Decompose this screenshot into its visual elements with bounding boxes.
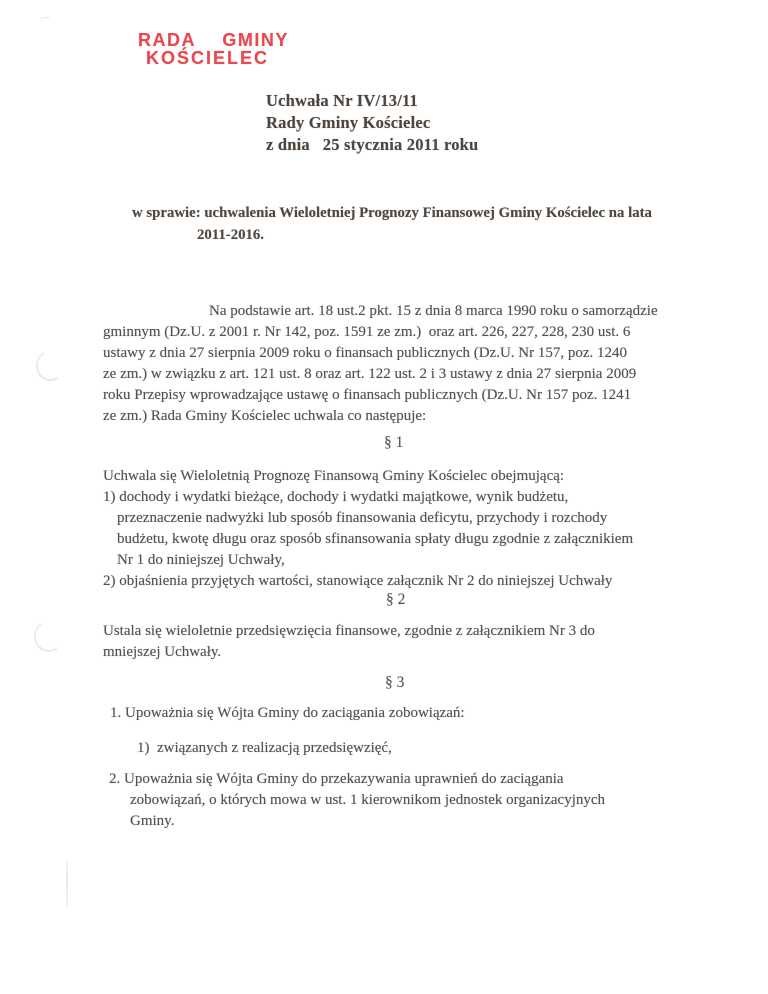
document-title: Uchwała Nr IV/13/11 Rady Gminy Kościelec… bbox=[266, 90, 478, 156]
section-3-item-2: 2. Upoważnia się Wójta Gminy do przekazy… bbox=[109, 769, 679, 832]
scanned-document-page: RADA GMINY KOŚCIELEC Uchwała Nr IV/13/11… bbox=[0, 0, 768, 994]
subject-clause: w sprawie: uchwalenia Wieloletniej Progn… bbox=[132, 203, 652, 246]
legal-basis-line: ze zm.) Rada Gminy Kościelec uchwala co … bbox=[103, 406, 678, 427]
title-resolution-number: Uchwała Nr IV/13/11 bbox=[266, 90, 478, 112]
section-1-line: budżetu, kwotę długu oraz sposób sfinans… bbox=[103, 529, 683, 550]
section-3-mark: § 3 bbox=[385, 672, 404, 693]
section-1-line: Uchwala się Wieloletnią Prognozę Finanso… bbox=[103, 466, 683, 487]
title-council-name: Rady Gminy Kościelec bbox=[266, 112, 478, 134]
official-stamp: RADA GMINY KOŚCIELEC bbox=[138, 31, 289, 67]
section-1-mark: § 1 bbox=[384, 432, 403, 453]
title-date: z dnia 25 stycznia 2011 roku bbox=[266, 134, 478, 156]
section-3-item-2-line: Gminy. bbox=[109, 811, 679, 832]
legal-basis-line: Na podstawie art. 18 ust.2 pkt. 15 z dni… bbox=[103, 301, 678, 322]
section-3-item-2-line: 2. Upoważnia się Wójta Gminy do przekazy… bbox=[109, 769, 679, 790]
section-1-line: przeznaczenie nadwyżki lub sposób finans… bbox=[103, 508, 683, 529]
legal-basis-line: roku Przepisy wprowadzające ustawę o fin… bbox=[103, 385, 678, 406]
stamp-line-1: RADA GMINY bbox=[138, 31, 289, 49]
section-2-body: Ustala się wieloletnie przedsięwzięcia f… bbox=[103, 621, 683, 663]
section-3-item-2-line: zobowiązań, o których mowa w ust. 1 kier… bbox=[109, 790, 679, 811]
scan-artifact-line bbox=[66, 861, 68, 907]
section-1-body: Uchwala się Wieloletnią Prognozę Finanso… bbox=[103, 466, 683, 592]
section-2-mark: § 2 bbox=[386, 589, 405, 610]
legal-basis-line: ze zm.) w związku z art. 121 ust. 8 oraz… bbox=[103, 364, 678, 385]
scan-artifact-tick bbox=[40, 16, 52, 24]
subject-line-2: 2011-2016. bbox=[132, 225, 652, 247]
section-3-subitem-1: 1) związanych z realizacją przedsięwzięć… bbox=[137, 738, 392, 759]
scan-artifact-arc-bottom bbox=[31, 618, 66, 655]
legal-basis-line: gminnym (Dz.U. z 2001 r. Nr 142, poz. 15… bbox=[103, 322, 678, 343]
section-3-item-1: 1. Upoważnia się Wójta Gminy do zaciągan… bbox=[110, 703, 465, 724]
section-1-line: 1) dochody i wydatki bieżące, dochody i … bbox=[103, 487, 683, 508]
scan-artifact-arc-top bbox=[32, 347, 69, 385]
legal-basis-line: ustawy z dnia 27 sierpnia 2009 roku o fi… bbox=[103, 343, 678, 364]
section-2-line: mniejszej Uchwały. bbox=[103, 642, 683, 663]
section-2-line: Ustala się wieloletnie przedsięwzięcia f… bbox=[103, 621, 683, 642]
stamp-line-2: KOŚCIELEC bbox=[146, 49, 289, 67]
legal-basis-paragraph: Na podstawie art. 18 ust.2 pkt. 15 z dni… bbox=[103, 301, 678, 427]
section-1-line: Nr 1 do niniejszej Uchwały, bbox=[103, 550, 683, 571]
subject-line-1: w sprawie: uchwalenia Wieloletniej Progn… bbox=[132, 203, 652, 225]
